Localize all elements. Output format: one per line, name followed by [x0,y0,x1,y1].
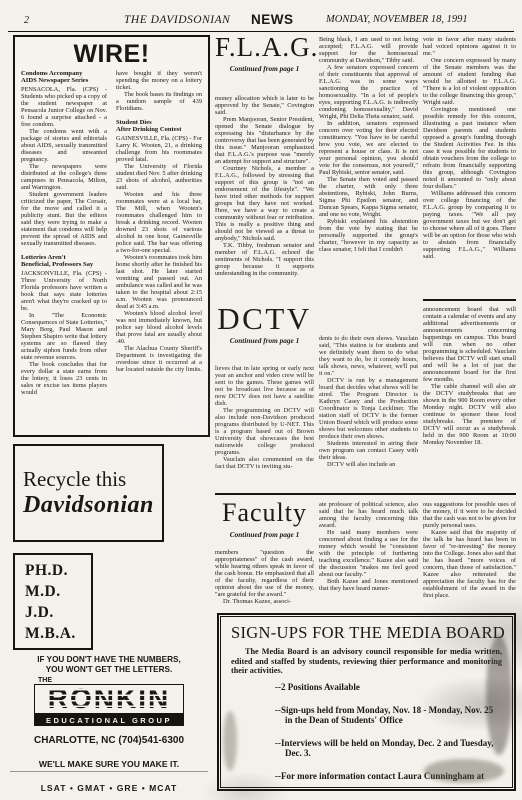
media-board-intro: The Media Board is an advisory council r… [231,647,502,676]
paragraph: Wooten's roommates took him home shortly… [116,254,202,310]
page-number: 2 [24,15,29,26]
wire-article-student-dies: Student Dies After Drinking Contest GAIN… [116,119,202,373]
paragraph: members "question the appropriateness" o… [215,549,314,598]
newspaper-page: 2 THE DAVIDSONIAN NEWS MONDAY, NOVEMBER … [0,0,522,800]
wire-article-body: JACKSONVILLE, Fla. (CPS) - Three Univers… [21,270,107,396]
paragraph: He said many members were concerned abou… [319,529,418,578]
paragraph: --For more information contact Laura Cun… [275,771,502,781]
paragraph: Courtney Nichols, a member a F.L.A.G., f… [215,165,314,242]
flag-header: F.L.A.G. Continued from page 1 [215,33,314,91]
wire-column-right: have bought if they weren't spending the… [116,70,202,430]
paragraph: Prem Manjooran, Senior President, opened… [215,116,314,165]
wire-article-body: PENSACOLA, Fla. (CPS) - Students who pic… [21,86,107,247]
recycle-ad: Recycle this Davidsonian [13,444,164,542]
wire-article-heading: Student Dies After Drinking Contest [116,119,202,134]
paragraph: DCTV will also include an [319,461,418,468]
paragraph: The Senate then voted and passed the cha… [319,176,418,218]
paragraph: DCTV is run by a management board that d… [319,377,418,440]
wire-article-lotteries: Lotteries Aren't Beneficial, Professors … [21,254,107,396]
paragraph: The cable channel will also air the DCTV… [423,383,516,446]
paragraph: have bought if they weren't spending the… [116,70,202,91]
wire-briefs-box: WIRE! Condoms Accompany AIDS Newspaper S… [13,35,210,437]
media-board-ad: SIGN-UPS FOR THE MEDIA BOARD The Media B… [217,613,516,791]
dctv-header: DCTV Continued from page 1 [215,305,314,361]
section-divider-rule [215,493,516,495]
faculty-header: Faculty Continued from page 1 [215,499,314,547]
paragraph: Williams addressed this concern over col… [423,190,516,260]
degree-phd: PH.D. [25,560,91,581]
ronkin-headline: IF YOU DON'T HAVE THE NUMBERS, YOU WON'T… [10,655,208,674]
section-label: NEWS [251,12,294,27]
paragraph: The newspapers were distributed at the c… [21,163,107,191]
paragraph: One concern expressed by many of the Sen… [423,57,516,106]
paragraph: ous suggestions for possible uses of the… [423,501,516,529]
faculty-continued-label: Continued from page 1 [215,530,314,539]
paragraph: dents to do their own shows. Vauclain sa… [319,335,418,377]
paragraph: --2 Positions Available [275,682,502,692]
ronkin-ad: PH.D. M.D. J.D. M.B.A. IF YOU DON'T HAVE… [10,551,208,797]
wire-article-heading: Lotteries Aren't Beneficial, Professors … [21,254,107,269]
faculty-title: Faculty [215,499,314,527]
faculty-col3-text: ous suggestions for possible uses of the… [423,501,516,611]
column-divider-rule [423,299,516,301]
ronkin-logo: THE RONKIN EDUCATIONAL GROUP [34,677,184,726]
page-header: 2 THE DAVIDSONIAN NEWS MONDAY, NOVEMBER … [8,10,514,32]
paragraph: --Interviews will be held on Monday, Dec… [275,738,502,758]
paragraph: Students interested in airing their own … [319,440,418,461]
paragraph: JACKSONVILLE, Fla. (CPS) - Three Univers… [21,270,107,312]
paragraph: vote in favor after many students had vo… [423,36,516,57]
paragraph: Dr. Thomas Kazee, associ- [215,598,314,605]
dctv-title: DCTV [215,305,314,333]
ronkin-brand-sub: EDUCATIONAL GROUP [34,714,184,726]
paragraph: In addition, senators expressed concern … [319,120,418,176]
dctv-col2-text: dents to do their own shows. Vauclain sa… [319,335,418,490]
paragraph: Wooten's blood alcohol level was not imm… [116,310,202,345]
faculty-col2-text: ate professor of political science, also… [319,501,418,609]
flag-col1-text: money allocation which is later to be ap… [215,95,314,303]
paragraph: Kazee said that the majority of the talk… [423,529,516,599]
wire-columns: Condoms Accompany AIDS Newspaper Series … [21,70,202,430]
paragraph: lieves that in late spring or early next… [215,365,314,407]
paragraph: The Alachua County Sheriff's Department … [116,345,202,373]
paragraph: The condoms went with a package of stori… [21,128,107,163]
paragraph: GAINESVILLE, Fla. (CPS) - For Larry K. W… [116,135,202,163]
recycle-ad-line2: Davidsonian [23,491,162,519]
dctv-col3-text: announcement board that will contain a c… [423,306,516,490]
dctv-continued-label: Continued from page 1 [215,336,314,345]
paragraph: Vauclain also commented on the fact that… [215,456,314,470]
degree-mba: M.B.A. [25,623,91,644]
paragraph: Rybiski explained his abstention from th… [319,218,418,253]
wire-article-body: have bought if they weren't spending the… [116,70,202,112]
wire-article-heading: Condoms Accompany AIDS Newspaper Series [21,70,107,85]
flag-title: F.L.A.G. [215,33,314,61]
paragraph: The programming on DCTV will also includ… [215,407,314,456]
wire-article-condoms: Condoms Accompany AIDS Newspaper Series … [21,70,107,247]
ronkin-test-list: LSAT • GMAT • GRE • MCAT [10,783,208,793]
paragraph: announcement board that will contain a c… [423,306,516,383]
paragraph: Both Kazee and Jones mentioned that they… [319,578,418,592]
paragraph: The book bases its findings on a random … [116,91,202,112]
degree-md: M.D. [25,581,91,602]
wire-column-left: Condoms Accompany AIDS Newspaper Series … [21,70,107,430]
paragraph: Covington mentioned one possible remedy … [423,106,516,190]
paragraph: A few senators expressed concern of thei… [319,64,418,120]
wire-article-body: GAINESVILLE, Fla. (CPS) - For Larry K. W… [116,135,202,373]
paragraph: T.K. Tibby, freshman senator and member … [215,242,314,277]
paragraph: The book concludes that for every dollar… [21,361,107,396]
dctv-col1-text: lieves that in late spring or early next… [215,365,314,489]
paragraph: In "The Economic Consequences of State L… [21,312,107,361]
paragraph: Wooten and his three roommates were at a… [116,191,202,254]
paragraph: money allocation which is later to be ap… [215,95,314,116]
recycle-ad-line1: Recycle this [23,467,162,491]
media-board-items: --2 Positions Available--Sign-ups held f… [231,682,502,781]
issue-date: MONDAY, NOVEMBER 18, 1991 [326,14,468,25]
faculty-col1-text: members "question the appropriateness" o… [215,549,314,609]
paragraph: ate professor of political science, also… [319,501,418,529]
ronkin-tagline: WE'LL MAKE SURE YOU MAKE IT. [10,759,208,772]
paragraph: Student government leaders criticized th… [21,191,107,247]
paragraph: The University of Florida student died N… [116,163,202,191]
paragraph: PENSACOLA, Fla. (CPS) - Students who pic… [21,86,107,128]
wire-article-lotteries-continued: have bought if they weren't spending the… [116,70,202,112]
ronkin-degrees-box: PH.D. M.D. J.D. M.B.A. [13,553,93,650]
flag-continued-label: Continued from page 1 [215,64,314,73]
masthead: THE DAVIDSONIAN [124,14,230,26]
article-columns: F.L.A.G. Continued from page 1 money all… [215,33,516,795]
media-board-title: SIGN-UPS FOR THE MEDIA BOARD [231,623,502,643]
wire-title: WIRE! [21,40,202,70]
degree-jd: J.D. [25,602,91,623]
paragraph: Being black, I am used to not being acce… [319,36,418,64]
paragraph: --Sign-ups held from Monday, Nov. 18 - M… [275,705,502,725]
ronkin-phone: CHARLOTTE, NC (704)541-6300 [10,735,208,746]
ronkin-brand-name: RONKIN [34,684,184,714]
flag-col2-text: Being black, I am used to not being acce… [319,36,418,332]
flag-col3-text: vote in favor after many students had vo… [423,36,516,296]
